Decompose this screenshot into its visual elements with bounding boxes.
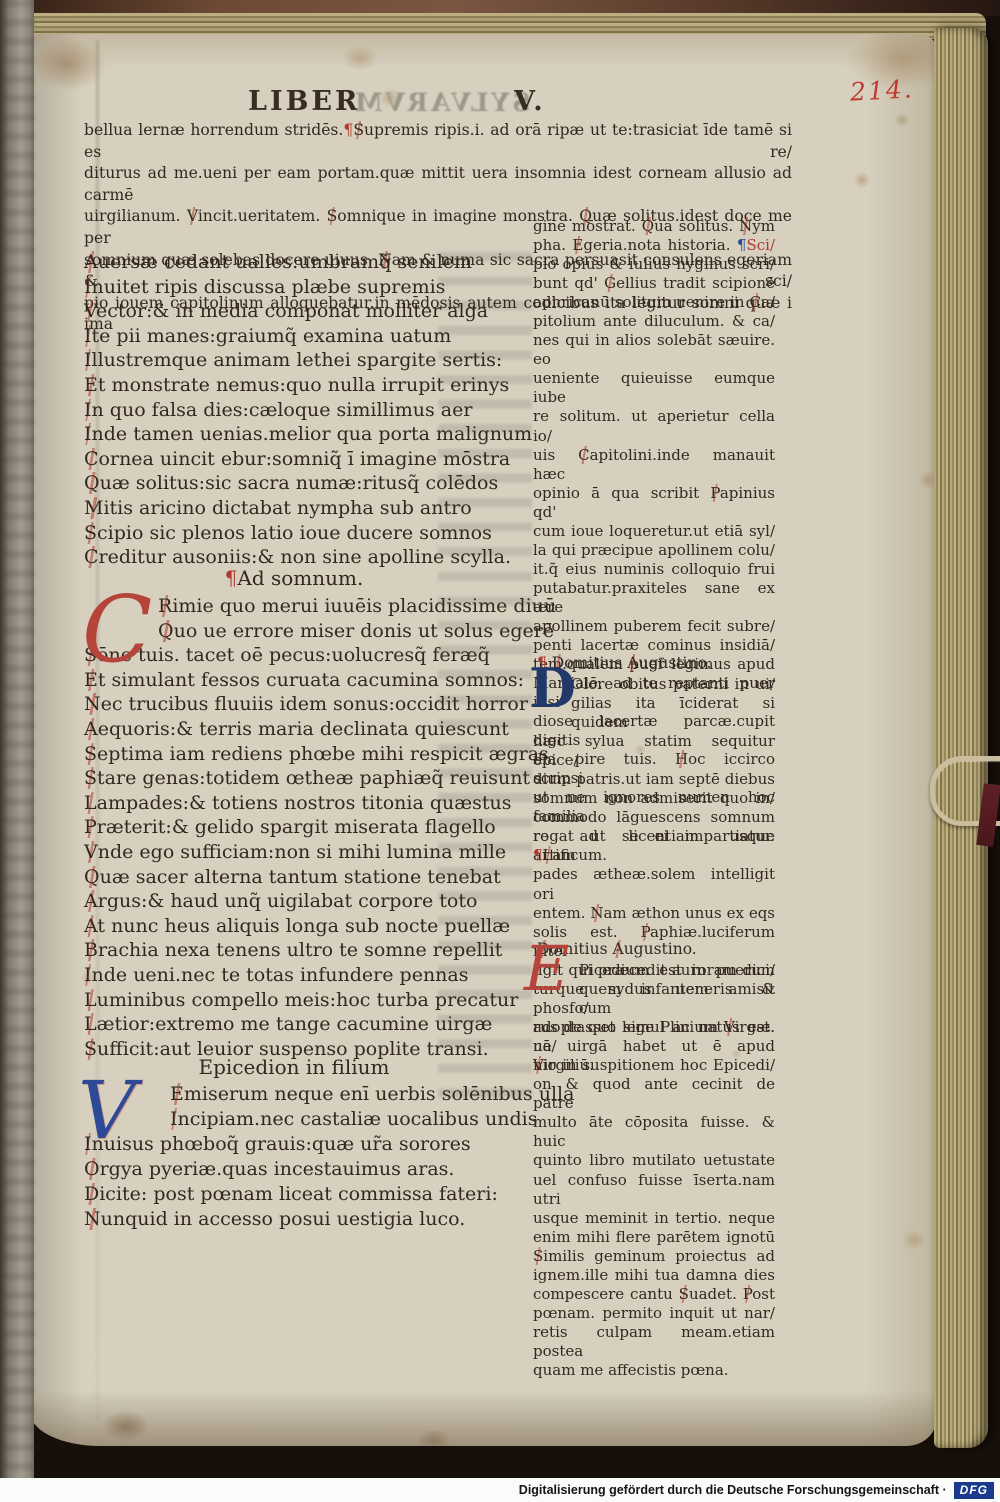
heading-domitius-augustino-2: Domitius Augustino. xyxy=(537,940,779,958)
section-heading-ad-somnum: ¶Ad somnum. xyxy=(94,566,494,590)
running-title-liber: LIBER xyxy=(248,86,360,117)
dropcap-initial-d: D xyxy=(529,666,576,710)
dropcap-initial-c: C xyxy=(82,592,152,667)
running-title-numeral: V. xyxy=(514,86,546,117)
commentary-right-3: Picedium est in puerumquem infantem amis… xyxy=(533,961,775,1380)
handwritten-page-number: 214. xyxy=(849,74,914,106)
dfg-logo: DFG xyxy=(954,1482,994,1499)
dropcap-initial-v: V xyxy=(78,1078,136,1144)
verse-block-epicedion: Emiserum neque enī uerbis solēnibus ulla… xyxy=(84,1082,544,1232)
footer-bar: Digitalisierung gefördert durch die Deut… xyxy=(0,1478,1000,1502)
mirrored-show-through-title: SYLVARVM xyxy=(352,88,530,117)
book-scan: LIBER SYLVARVM V. 214. bellua lernæ horr… xyxy=(0,0,1000,1502)
verse-block-ad-somnum: Rimie quo merui iuuēis placidissime diuū… xyxy=(84,594,544,1061)
page-edges-right xyxy=(934,28,988,1448)
verse-block-averse: Auersæ cedant ualles:umbramq̃ senilemInu… xyxy=(84,250,536,570)
gutter-left xyxy=(0,0,34,1502)
footer-credit-text: Digitalisierung gefördert durch die Deut… xyxy=(519,1483,947,1497)
dropcap-initial-e: E xyxy=(524,944,569,995)
paperclip-bookmark xyxy=(924,744,1000,854)
section-heading-epicedion: Epicedion in filium xyxy=(94,1055,494,1079)
